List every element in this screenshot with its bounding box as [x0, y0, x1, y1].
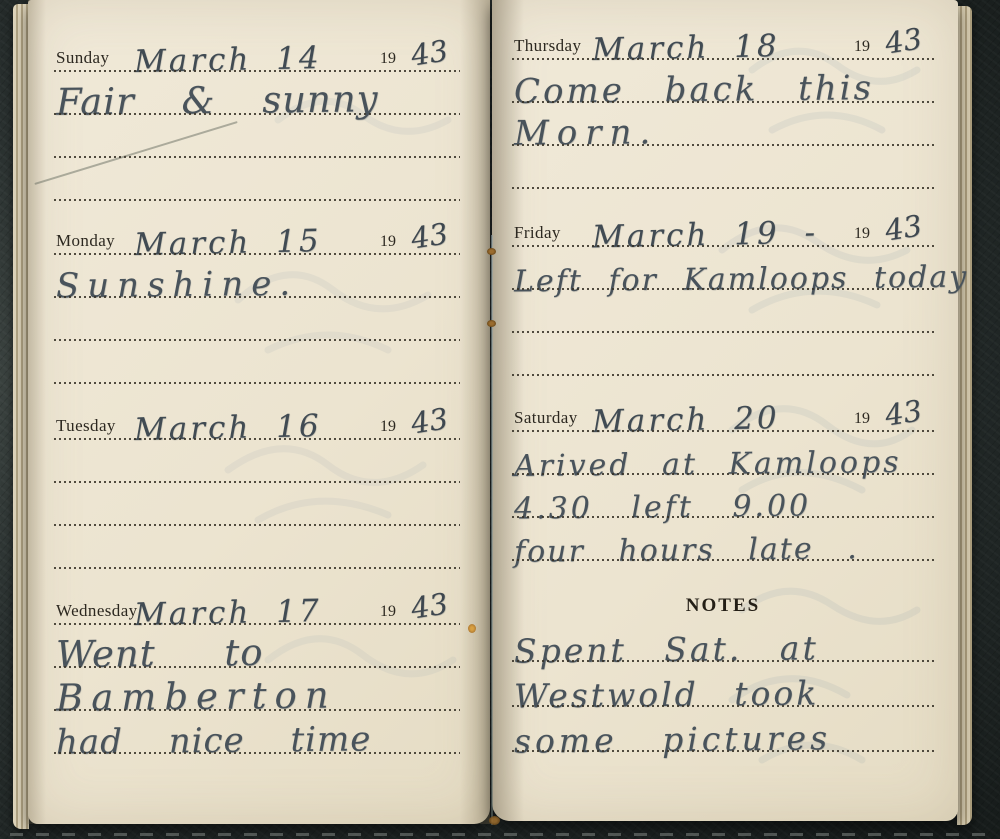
- rust-spot: [468, 624, 476, 633]
- entry-header: Wednesday March 17 19 43: [54, 591, 460, 625]
- diary-photo: Sunday March 14 19 43 Fair & sunny Monda…: [0, 0, 1000, 839]
- entry-line: Come back this: [512, 60, 934, 103]
- entry-header: Thursday March 18 19 43: [512, 26, 934, 60]
- cover-stitching: [10, 833, 990, 836]
- entry-line: Bamberton: [54, 668, 460, 711]
- entry-line: four hours late .: [512, 518, 934, 561]
- handwritten-year: 43: [883, 21, 925, 60]
- entry-line: Morn.: [512, 103, 934, 146]
- binding-staple: [487, 320, 496, 327]
- binding-staple: [489, 816, 500, 825]
- entry-line: 4.30 left 9.00: [512, 475, 934, 518]
- entry-line: Went to: [54, 625, 460, 668]
- handwritten-text: four hours late .: [514, 531, 859, 570]
- handwritten-year: 43: [409, 33, 451, 72]
- entry-header: Monday March 15 19 43: [54, 221, 460, 255]
- diary-entry-friday: Friday March 19 - 19 43 Left for Kamloop…: [512, 213, 934, 376]
- entry-line: [512, 333, 934, 376]
- diary-entry-monday: Monday March 15 19 43 Sunshine.: [54, 221, 460, 384]
- notes-line: some pictures: [512, 707, 934, 752]
- handwritten-year: 43: [409, 216, 451, 255]
- handwritten-year: 43: [883, 208, 925, 247]
- entry-line: [54, 341, 460, 384]
- diary-entry-wednesday: Wednesday March 17 19 43 Went to Bambert…: [54, 591, 460, 754]
- handwritten-year: 43: [883, 393, 925, 432]
- notes-heading: NOTES: [512, 575, 934, 617]
- diary-entry-saturday: Saturday March 20 19 43 Arived at Kamloo…: [512, 398, 934, 561]
- page-stack-edge-right: [957, 6, 972, 825]
- handwritten-year: 43: [409, 586, 451, 625]
- day-label: Tuesday: [56, 416, 116, 436]
- entry-line: Arived at Kamloops: [512, 432, 934, 475]
- diary-page-left: Sunday March 14 19 43 Fair & sunny Monda…: [28, 0, 490, 824]
- entry-line: Sunshine.: [54, 255, 460, 298]
- printed-year-prefix: 19: [380, 418, 396, 436]
- printed-year-prefix: 19: [854, 410, 870, 428]
- entry-header: Saturday March 20 19 43: [512, 398, 934, 432]
- notes-section: NOTES Spent Sat. at Westwold took some p…: [512, 575, 934, 752]
- entry-line: [512, 146, 934, 189]
- day-label: Friday: [514, 223, 561, 243]
- entry-header: Tuesday March 16 19 43: [54, 406, 460, 440]
- diary-entry-sunday: Sunday March 14 19 43 Fair & sunny: [54, 38, 460, 201]
- entry-line: had nice time: [54, 711, 460, 754]
- printed-year-prefix: 19: [380, 233, 396, 251]
- day-label: Monday: [56, 231, 115, 251]
- entry-line: [54, 526, 460, 569]
- printed-year-prefix: 19: [854, 225, 870, 243]
- entry-line: [54, 440, 460, 483]
- day-label: Thursday: [514, 36, 581, 56]
- handwritten-text: had nice time: [56, 719, 372, 762]
- entry-line: [54, 158, 460, 201]
- printed-year-prefix: 19: [380, 50, 396, 68]
- entry-header: Friday March 19 - 19 43: [512, 213, 934, 247]
- handwritten-year: 43: [409, 401, 451, 440]
- entry-line: Fair & sunny: [54, 72, 460, 115]
- notes-line: Westwold took: [512, 662, 934, 707]
- entry-line: Left for Kamloops today: [512, 247, 934, 290]
- diary-entry-thursday: Thursday March 18 19 43 Come back this M…: [512, 26, 934, 189]
- day-label: Sunday: [56, 48, 109, 68]
- diary-entry-tuesday: Tuesday March 16 19 43: [54, 406, 460, 569]
- entry-line: [54, 115, 460, 158]
- entry-header: Sunday March 14 19 43: [54, 38, 460, 72]
- notes-line: Spent Sat. at: [512, 617, 934, 662]
- day-label: Saturday: [514, 408, 578, 428]
- diary-page-right: Thursday March 18 19 43 Come back this M…: [492, 0, 958, 821]
- printed-year-prefix: 19: [854, 38, 870, 56]
- binding-staple: [487, 248, 496, 255]
- entry-line: [512, 290, 934, 333]
- page-stack-edge-left: [13, 4, 29, 829]
- printed-year-prefix: 19: [380, 603, 396, 621]
- handwritten-text: some pictures: [514, 718, 831, 760]
- entry-line: [54, 298, 460, 341]
- day-label: Wednesday: [56, 601, 138, 621]
- entry-line: [54, 483, 460, 526]
